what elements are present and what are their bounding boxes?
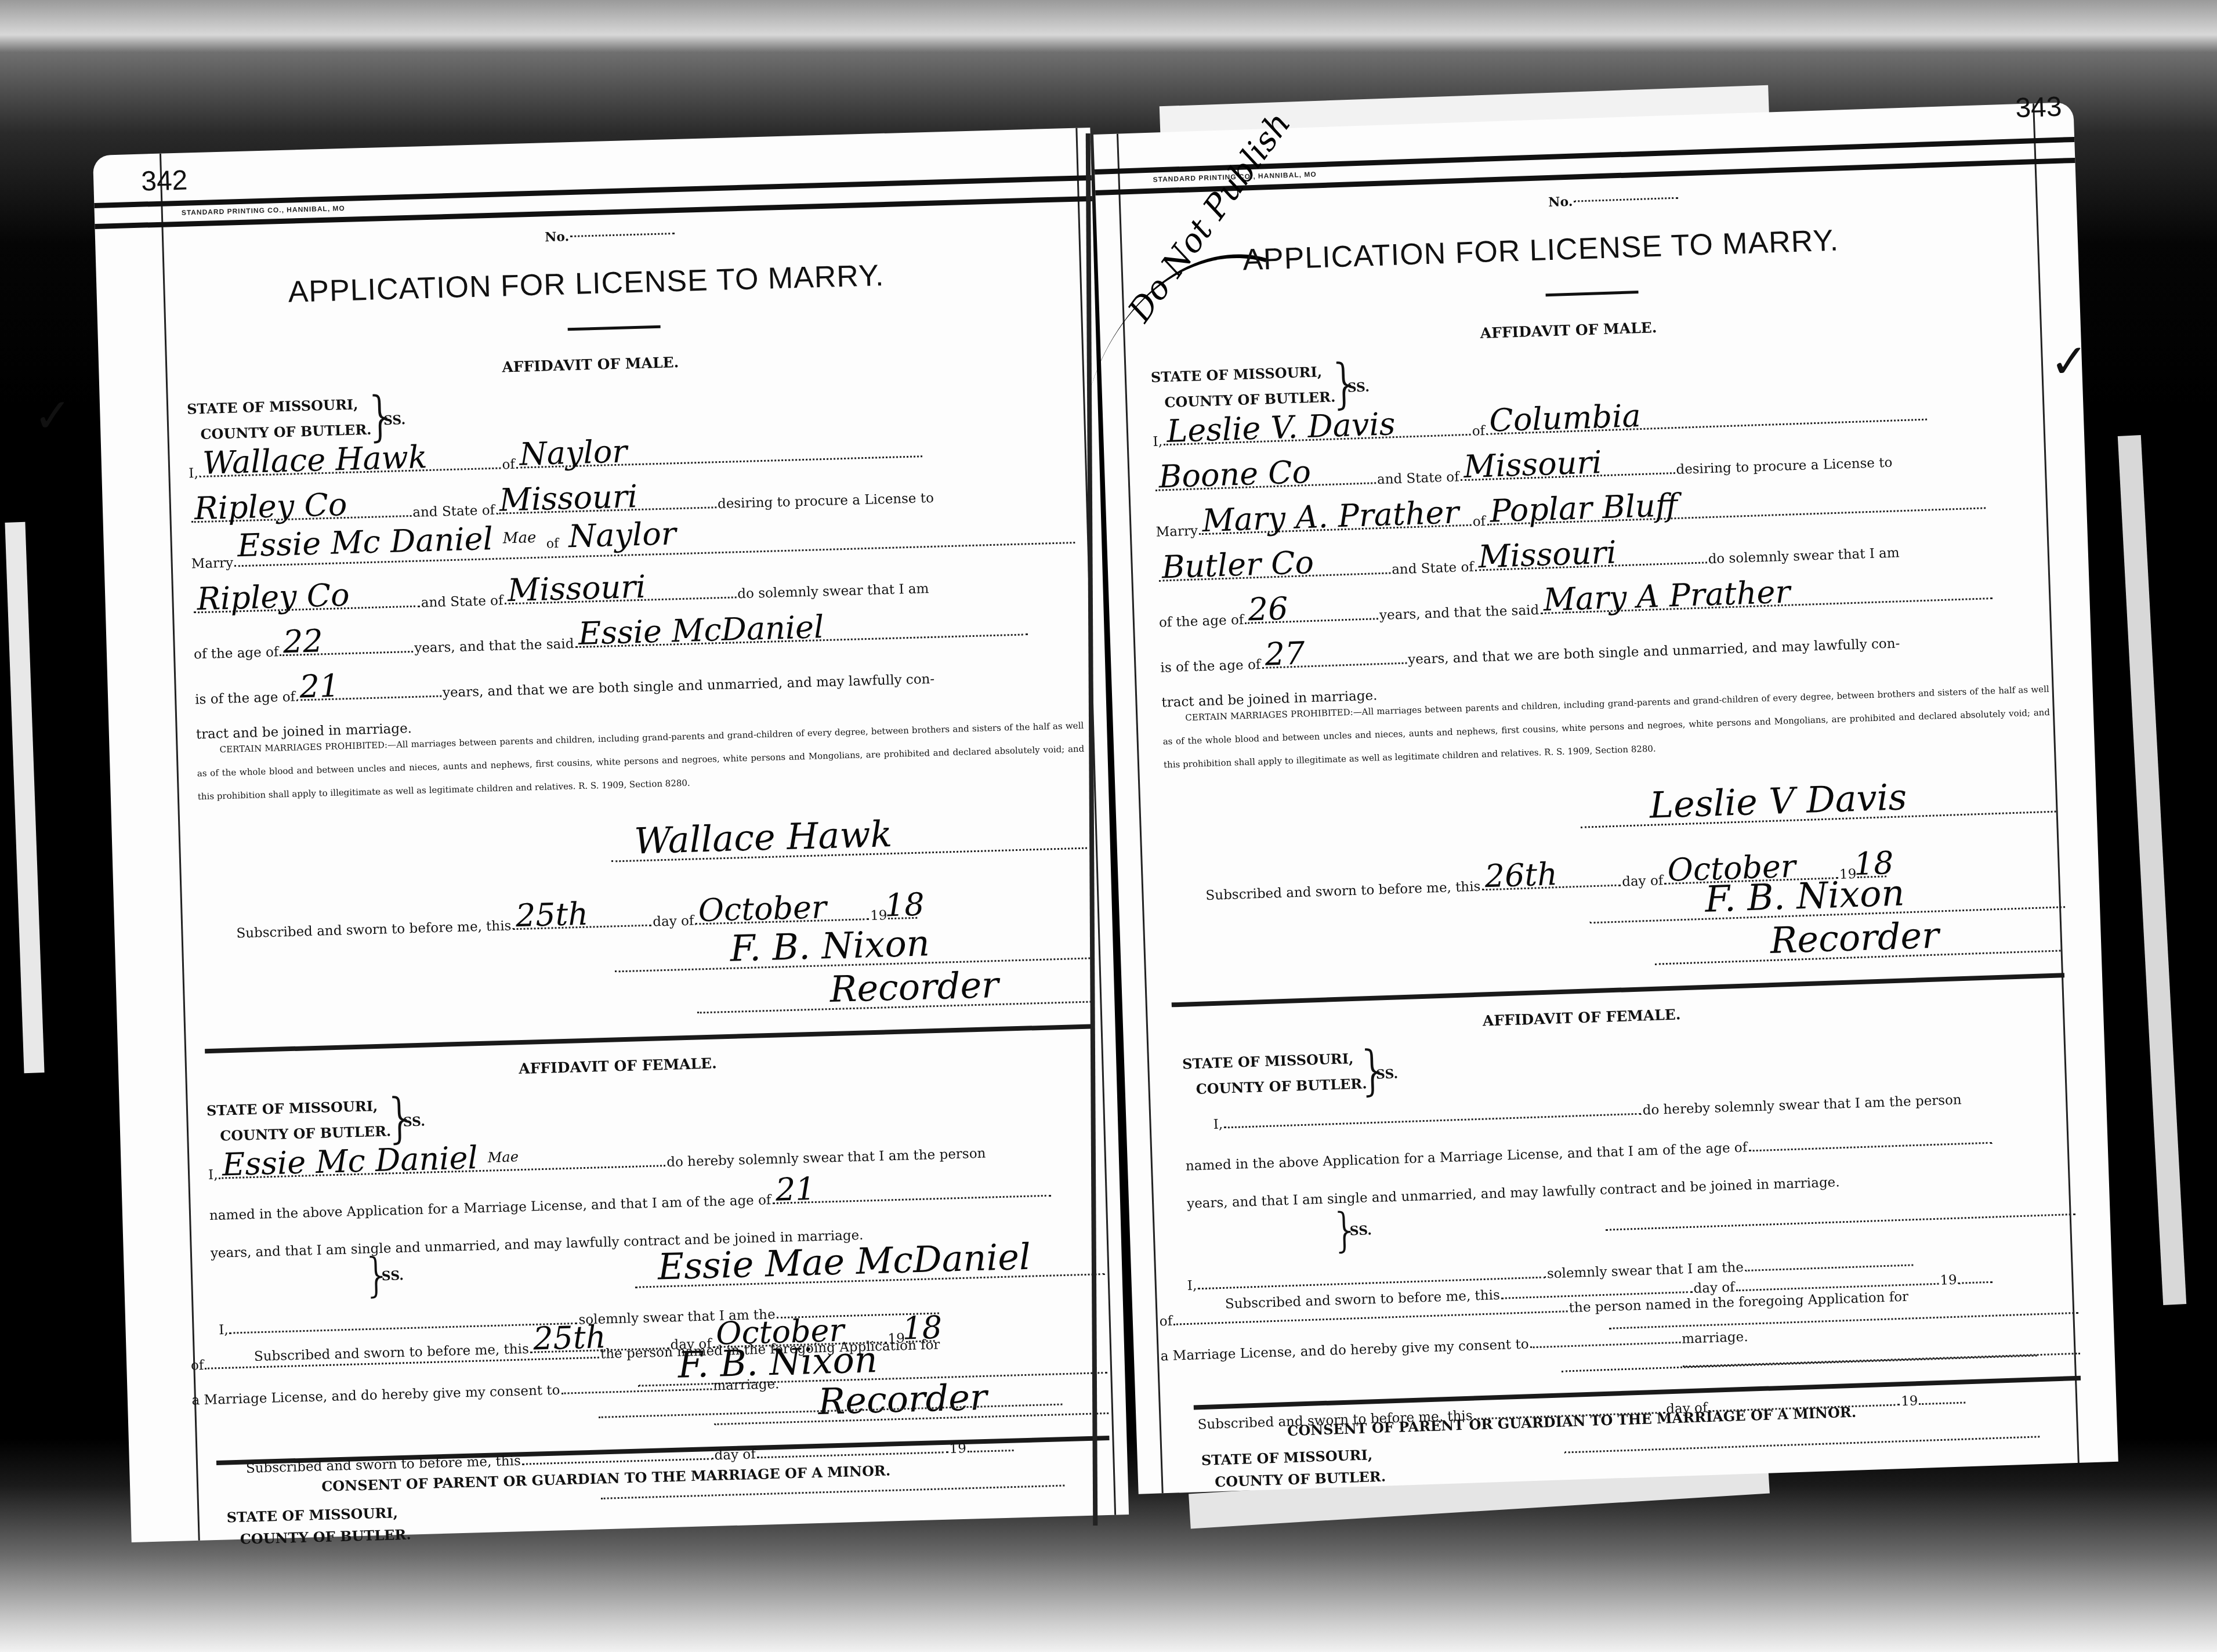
- years-single-label: years, and that we are both single and u…: [1408, 636, 1900, 667]
- consent-name-line: I, solemnly swear that I am the: [1187, 1254, 1914, 1294]
- and-state-label: and State of: [421, 593, 503, 611]
- ss-label: SS.: [1349, 1223, 1372, 1238]
- consent-sworn-line: Subscribed and sworn to before me, this …: [1197, 1392, 1967, 1432]
- bride-age-line: is of the age of 21 years, and that we a…: [195, 672, 935, 708]
- marry-line: Marry Essie Mc Daniel Mae of Naylor: [191, 532, 1076, 572]
- consent-person-label: the person named in the foregoing Applic…: [1568, 1289, 1908, 1316]
- officer-title-line: Recorder: [697, 1001, 1092, 1014]
- age-line: of the age of 22 years, and that the sai…: [194, 624, 1029, 662]
- is-age-label: is of the age of: [195, 690, 296, 708]
- venue-block: STATE OF MISSOURI, COUNTY OF BUTLER.: [1150, 358, 1336, 415]
- venue-block: STATE OF MISSOURI, COUNTY OF BUTLER.: [1182, 1045, 1367, 1102]
- desiring-label: desiring to procure a License to: [1676, 455, 1893, 477]
- female-swear-label: do hereby solemnly swear that I am the p…: [666, 1146, 986, 1170]
- i-label: I,: [1213, 1117, 1223, 1133]
- female-age-line: named in the above Application for a Mar…: [1186, 1132, 1994, 1174]
- ledger-scan: 342 STANDARD PRINTING CO., HANNIBAL, MO …: [0, 0, 2217, 1652]
- bride-state[interactable]: Missouri: [507, 571, 646, 607]
- female-named-label: named in the above Application for a Mar…: [1186, 1140, 1748, 1174]
- page-number: 342: [141, 164, 189, 197]
- affidavit-female-heading: AFFIDAVIT OF FEMALE.: [1483, 1006, 1681, 1029]
- page-number: 343: [2015, 91, 2062, 125]
- groom-age[interactable]: 26: [1248, 593, 1288, 625]
- consent-of-line: of the person named in the foregoing App…: [1159, 1289, 1908, 1329]
- female-name[interactable]: Essie Mc Daniel Mae: [222, 1141, 519, 1180]
- bride-town[interactable]: Poplar Bluff: [1490, 490, 1678, 527]
- male-name-line: I, Wallace Hawk of Naylor: [189, 445, 923, 481]
- consent-officer-line: [601, 1485, 1065, 1499]
- male-sworn-day[interactable]: 26th: [1484, 858, 1558, 892]
- male-sworn-year[interactable]: 18: [884, 889, 925, 921]
- consent-overlay-right: } SS. I, solemnly swear that I am the of…: [1150, 1168, 2064, 1499]
- i-label: I,: [189, 466, 198, 481]
- female-name-line: I, do hereby solemnly swear that I am th…: [1213, 1092, 1962, 1132]
- male-sworn-month[interactable]: October: [698, 892, 827, 926]
- left-book-edge: [5, 522, 44, 1074]
- consent-sworn-line: Subscribed and sworn to before me, this …: [246, 1440, 1016, 1476]
- groom-signature[interactable]: Wallace Hawk: [633, 813, 893, 862]
- affidavit-male-heading: AFFIDAVIT OF MALE.: [502, 354, 679, 376]
- day-of-label: day of: [653, 914, 694, 930]
- groom-name[interactable]: Leslie V. Davis: [1167, 408, 1396, 447]
- subscribed-label: Subscribed and sworn to before me, this: [1197, 1408, 1473, 1433]
- bride-county[interactable]: Ripley Co: [197, 579, 350, 615]
- officer-title-line: Recorder: [1655, 950, 2061, 965]
- years-said-label: years, and that the said: [414, 636, 574, 656]
- bride-name-insert: Mae: [502, 529, 536, 548]
- consent-person-label: the person named in the foregoing Applic…: [600, 1337, 940, 1361]
- form-title: APPLICATION FOR LICENSE TO MARRY.: [1242, 223, 1839, 278]
- i-label: I,: [219, 1323, 229, 1338]
- groom-signature[interactable]: Leslie V Davis: [1649, 776, 1908, 827]
- form-number-label: No.: [545, 229, 570, 245]
- venue-county: COUNTY OF BUTLER.: [1183, 1071, 1367, 1102]
- day-of-label: day of: [714, 1447, 756, 1463]
- consent-signature-line: [599, 1404, 1063, 1418]
- printer-imprint: STANDARD PRINTING CO., HANNIBAL, MO: [182, 204, 345, 217]
- groom-state[interactable]: Missouri: [1463, 447, 1602, 483]
- consent-overlay-left: } SS. I, solemnly swear that I am the of…: [187, 1218, 1089, 1544]
- groom-state[interactable]: Missouri: [499, 481, 638, 516]
- consent-license-line: a Marriage License, and do hereby give m…: [1160, 1329, 1748, 1364]
- margin-check-icon: ✓: [32, 388, 73, 443]
- groom-signature-line: Wallace Hawk: [611, 847, 1087, 863]
- day-of-label: day of: [1622, 873, 1664, 889]
- male-officer-signature[interactable]: F. B. Nixon: [730, 922, 930, 970]
- section-divider: [205, 1024, 1092, 1053]
- bride-age-line: is of the age of 27 years, and that we a…: [1160, 636, 1900, 675]
- title-rule: [1546, 291, 1639, 296]
- bride-county[interactable]: Butler Co: [1161, 547, 1314, 584]
- bride-state[interactable]: Missouri: [1477, 537, 1617, 573]
- consent-license-label: a Marriage License, and do hereby give m…: [191, 1383, 560, 1408]
- consent-signature-line: [1562, 1354, 2037, 1372]
- consent-license-label: a Marriage License, and do hereby give m…: [1160, 1336, 1528, 1364]
- bride-age[interactable]: 27: [1265, 637, 1305, 670]
- ss-label: SS.: [383, 412, 406, 428]
- section-divider: [1172, 973, 2064, 1007]
- ss-label: SS.: [1347, 379, 1370, 395]
- groom-age[interactable]: 22: [282, 625, 323, 658]
- male-officer-title[interactable]: Recorder: [829, 963, 999, 1010]
- affidavit-female-heading: AFFIDAVIT OF FEMALE.: [519, 1055, 717, 1078]
- affidavit-male-heading: AFFIDAVIT OF MALE.: [1480, 319, 1657, 342]
- of-label: of: [1159, 1314, 1172, 1329]
- male-officer-signature[interactable]: F. B. Nixon: [1704, 871, 1905, 920]
- of-label: of: [1472, 423, 1485, 439]
- bride-town[interactable]: Naylor: [568, 515, 676, 555]
- male-sworn-day[interactable]: 25th: [515, 899, 589, 932]
- do-solemnly-label: do solemnly swear that I am: [1708, 545, 1900, 567]
- title-rule: [568, 325, 661, 331]
- bride-name[interactable]: Essie Mc Daniel Mae of Naylor: [237, 518, 676, 568]
- i-label: I,: [1153, 434, 1162, 450]
- female-age[interactable]: 21: [775, 1173, 816, 1206]
- female-age-line: named in the above Application for a Mar…: [209, 1185, 1052, 1224]
- said-bride-name[interactable]: Essie McDaniel: [578, 611, 824, 650]
- female-swear-label: do hereby solemnly swear that I am the p…: [1642, 1092, 1962, 1118]
- form-number: No.: [1548, 191, 1680, 210]
- female-name-insert: Mae: [487, 1149, 519, 1165]
- subscribed-label: Subscribed and sworn to before me, this: [246, 1454, 521, 1476]
- consent-officer-line: [1564, 1436, 2040, 1453]
- groom-town[interactable]: Columbia: [1489, 400, 1642, 437]
- age-line: of the age of 26 years, and that the sai…: [1159, 588, 1994, 631]
- ss-label: SS.: [1376, 1066, 1399, 1082]
- and-state-label: and State of: [412, 503, 495, 520]
- consent-marriage-label: marriage.: [1682, 1329, 1748, 1347]
- i-label: I,: [1187, 1278, 1197, 1294]
- ss-label: SS.: [403, 1114, 425, 1130]
- groom-name[interactable]: Wallace Hawk: [202, 441, 428, 479]
- groom-county[interactable]: Boone Co: [1158, 457, 1312, 493]
- age-label: of the age of: [1159, 613, 1244, 631]
- year-prefix: 19: [949, 1441, 966, 1457]
- year-prefix: 19: [1901, 1393, 1918, 1409]
- groom-county[interactable]: Ripley Co: [194, 489, 347, 524]
- marry-line: Marry Mary A. Prather of Poplar Bluff: [1155, 497, 1987, 539]
- years-single-label: years, and that we are both single and u…: [443, 672, 935, 701]
- form-number-label: No.: [1548, 194, 1573, 210]
- groom-town[interactable]: Naylor: [519, 436, 628, 470]
- is-age-label: is of the age of: [1160, 657, 1261, 676]
- bride-age[interactable]: 21: [299, 670, 340, 702]
- day-of-label: day of: [1666, 1400, 1708, 1416]
- form-number: No.: [545, 226, 676, 245]
- of-label: of: [502, 457, 515, 473]
- bride-name[interactable]: Mary A. Prather: [1202, 497, 1459, 537]
- marry-label: Marry: [191, 556, 233, 572]
- consent-swear-label: solemnly swear that I am the: [1546, 1260, 1744, 1281]
- years-said-label: years, and that the said: [1379, 603, 1539, 623]
- prohibited-lead: CERTAIN MARRIAGES PROHIBITED:: [1185, 707, 1353, 723]
- do-solemnly-label: do solemnly swear that I am: [737, 581, 929, 602]
- prohibited-lead: CERTAIN MARRIAGES PROHIBITED:: [219, 740, 387, 755]
- consent-swear-label: solemnly swear that I am the: [578, 1307, 776, 1327]
- age-label: of the age of: [194, 644, 279, 662]
- and-state-label: and State of: [1392, 560, 1475, 578]
- groom-signature-line: Leslie V Davis: [1581, 811, 2056, 828]
- male-officer-title[interactable]: Recorder: [1770, 914, 1940, 962]
- subscribed-label: Subscribed and sworn to before me, this: [1205, 879, 1481, 904]
- venue-block: STATE OF MISSOURI, COUNTY OF BUTLER.: [206, 1093, 391, 1149]
- female-named-label: named in the above Application for a Mar…: [209, 1193, 771, 1223]
- female-name-line: I, Essie Mc Daniel Mae do hereby solemnl…: [208, 1146, 986, 1183]
- male-name-line: I, Leslie V. Davis of Columbia: [1153, 409, 1928, 450]
- i-label: I,: [208, 1168, 218, 1183]
- ss-label: SS.: [381, 1268, 404, 1284]
- margin-check-icon: ✓: [2049, 334, 2089, 389]
- form-title: APPLICATION FOR LICENSE TO MARRY.: [288, 258, 885, 310]
- marry-label: Marry: [1155, 523, 1198, 539]
- and-state-label: and State of: [1377, 469, 1460, 487]
- right-book-edge: [2118, 435, 2186, 1305]
- consent-of-line: of the person named in the foregoing App…: [191, 1337, 940, 1373]
- consent-name-line: I, solemnly swear that I am the: [219, 1302, 940, 1338]
- of-label: of: [191, 1358, 204, 1374]
- venue-block: STATE OF MISSOURI, COUNTY OF BUTLER.: [187, 392, 372, 448]
- male-county-line: Boone Co and State of Missouri desiring …: [1154, 455, 1893, 495]
- consent-marriage-label: marriage.: [713, 1376, 780, 1393]
- of-label: of: [1472, 514, 1486, 530]
- said-bride-name[interactable]: Mary A Prather: [1543, 577, 1791, 616]
- consent-license-line: a Marriage License, and do hereby give m…: [191, 1376, 780, 1408]
- desiring-label: desiring to procure a License to: [718, 491, 934, 512]
- subscribed-label: Subscribed and sworn to before me, this: [236, 918, 512, 941]
